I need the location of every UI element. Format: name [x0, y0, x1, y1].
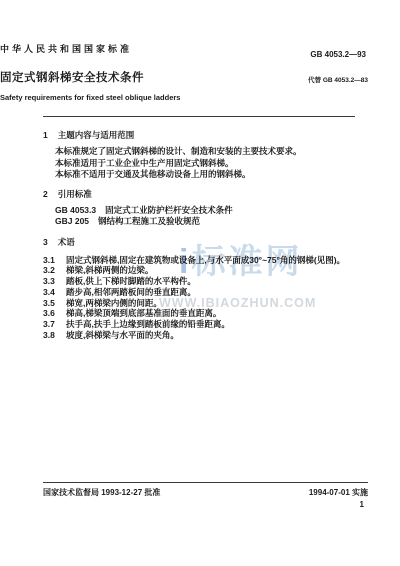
term-number: 3.3 — [43, 276, 58, 287]
reference-title: 固定式工业防护栏杆安全技术条件 — [105, 205, 233, 216]
implementation-note: 1994-07-01 实施 — [309, 487, 368, 498]
reference-list: GB 4053.3 固定式工业防护栏杆安全技术条件 GBJ 205 钢结构工程施… — [43, 205, 368, 227]
section-2-number: 2 — [43, 189, 48, 200]
section-3-heading: 3 术语 — [43, 237, 368, 248]
term-definition: 坡度,斜梯梁与水平面的夹角。 — [66, 330, 179, 341]
document-body: 1 主题内容与适用范围 本标准规定了固定式钢斜梯的设计、制造和安装的主要技术要求… — [43, 130, 368, 341]
term-item: 3.7 扶手高,扶手上边缘到踏板前缘的铅垂距离。 — [43, 319, 368, 330]
term-item: 3.5 梯宽,两梯梁内侧的间距。 — [43, 298, 368, 309]
term-definition: 踏板,供上下梯时脚踏的水平构件。 — [66, 276, 196, 287]
term-item: 3.2 梯梁,斜梯两侧的边梁。 — [43, 265, 368, 276]
reference-item: GBJ 205 钢结构工程施工及验收规范 — [55, 216, 368, 227]
paragraph: 本标准规定了固定式钢斜梯的设计、制造和安装的主要技术要求。 — [55, 146, 368, 158]
section-scope: 1 主题内容与适用范围 本标准规定了固定式钢斜梯的设计、制造和安装的主要技术要求… — [43, 130, 368, 181]
term-definition: 梯梁,斜梯两侧的边梁。 — [66, 265, 153, 276]
term-item: 3.1 固定式钢斜梯,固定在建筑物或设备上,与水平面成30°~75°角的钢梯(见… — [43, 255, 368, 266]
replaces-note: 代替 GB 4053.2—83 — [308, 75, 368, 84]
document-title-en: Safety requirements for fixed steel obli… — [0, 93, 330, 102]
term-item: 3.8 坡度,斜梯梁与水平面的夹角。 — [43, 330, 368, 341]
term-list: 3.1 固定式钢斜梯,固定在建筑物或设备上,与水平面成30°~75°角的钢梯(见… — [43, 255, 368, 341]
term-number: 3.4 — [43, 287, 58, 298]
term-definition: 固定式钢斜梯,固定在建筑物或设备上,与水平面成30°~75°角的钢梯(见图)。 — [66, 255, 345, 266]
section-1-heading: 1 主题内容与适用范围 — [43, 130, 368, 141]
header-rule — [43, 116, 355, 117]
term-definition: 扶手高,扶手上边缘到踏板前缘的铅垂距离。 — [66, 319, 230, 330]
term-number: 3.2 — [43, 265, 58, 276]
term-item: 3.4 踏步高,相邻两踏板间的垂直距离。 — [43, 287, 368, 298]
paragraph: 本标准不适用于交通及其他移动设备上用的钢斜梯。 — [55, 169, 368, 181]
term-number: 3.7 — [43, 319, 58, 330]
section-terminology: 3 术语 3.1 固定式钢斜梯,固定在建筑物或设备上,与水平面成30°~75°角… — [43, 237, 368, 341]
page-number: 1 — [360, 500, 364, 509]
section-1-title: 主题内容与适用范围 — [58, 130, 135, 141]
standard-code: GB 4053.2—93 — [310, 50, 366, 59]
term-item: 3.3 踏板,供上下梯时脚踏的水平构件。 — [43, 276, 368, 287]
section-1-paragraphs: 本标准规定了固定式钢斜梯的设计、制造和安装的主要技术要求。 本标准适用于工业企业… — [43, 146, 368, 181]
document-footer: 国家技术监督局 1993-12-27 批准 1994-07-01 实施 — [43, 482, 368, 498]
term-item: 3.6 梯高,梯梁顶端到底部基准面的垂直距离。 — [43, 308, 368, 319]
term-definition: 踏步高,相邻两踏板间的垂直距离。 — [66, 287, 196, 298]
section-references: 2 引用标准 GB 4053.3 固定式工业防护栏杆安全技术条件 GBJ 205… — [43, 189, 368, 227]
section-2-heading: 2 引用标准 — [43, 189, 368, 200]
term-number: 3.6 — [43, 308, 58, 319]
reference-code: GBJ 205 — [55, 216, 89, 227]
section-2-title: 引用标准 — [58, 189, 92, 200]
section-3-number: 3 — [43, 237, 48, 248]
term-number: 3.1 — [43, 255, 58, 266]
national-standard-label: 中华人民共和国国家标准 — [0, 42, 330, 55]
term-number: 3.5 — [43, 298, 58, 309]
approval-note: 国家技术监督局 1993-12-27 批准 — [43, 487, 160, 498]
section-1-number: 1 — [43, 130, 48, 141]
reference-code: GB 4053.3 — [55, 205, 96, 216]
paragraph: 本标准适用于工业企业中生产用固定式钢斜梯。 — [55, 158, 368, 170]
reference-title: 钢结构工程施工及验收规范 — [98, 216, 200, 227]
document-title-zh: 固定式钢斜梯安全技术条件 — [0, 69, 330, 85]
term-definition: 梯宽,两梯梁内侧的间距。 — [66, 298, 162, 309]
term-number: 3.8 — [43, 330, 58, 341]
reference-item: GB 4053.3 固定式工业防护栏杆安全技术条件 — [55, 205, 368, 216]
standard-document-page: 中华人民共和国国家标准 GB 4053.2—93 固定式钢斜梯安全技术条件 代替… — [0, 0, 400, 566]
term-definition: 梯高,梯梁顶端到底部基准面的垂直距离。 — [66, 308, 221, 319]
section-3-title: 术语 — [58, 237, 75, 248]
